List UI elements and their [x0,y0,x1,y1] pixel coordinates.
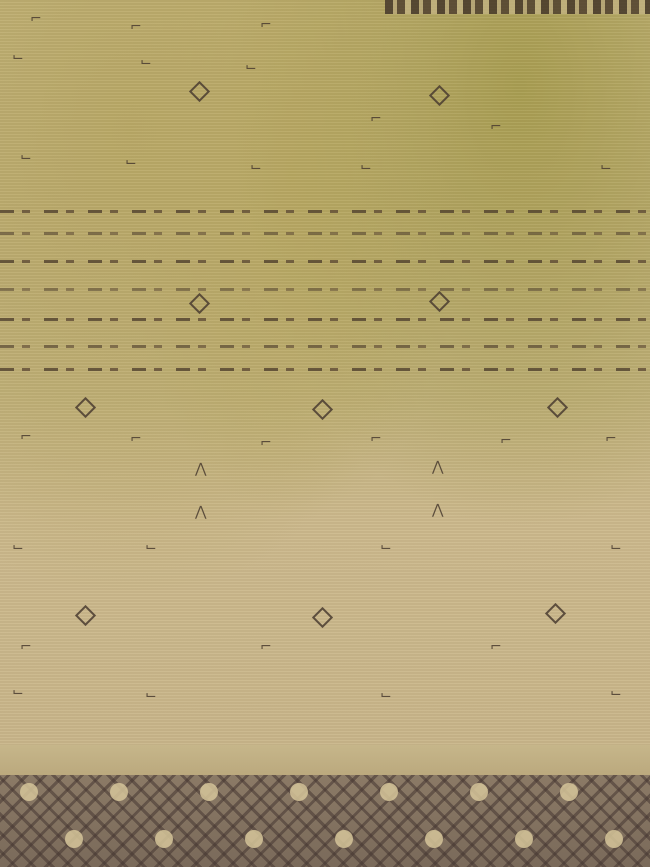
bottom-border [0,775,650,867]
inner-guard-stripe [0,745,650,775]
band-line [0,260,650,263]
diamond-motif [75,605,96,626]
diamond-motif [189,81,210,102]
diamond-motif [312,399,333,420]
diamond-motif [545,603,566,624]
rosette [200,783,218,801]
rosette [380,783,398,801]
rosette [290,783,308,801]
hook-motif: ⌙ [12,685,24,699]
rosette [110,783,128,801]
hook-motif: ⌙ [610,540,622,554]
hook-motif: ⌐ [500,434,512,448]
hook-motif: ⌙ [20,150,32,164]
diamond-motif [429,85,450,106]
rosette [335,830,353,848]
rosette [470,783,488,801]
hook-motif: ⌙ [245,60,257,74]
hook-motif: ⌐ [260,436,272,450]
band-line [0,318,650,321]
band-line [0,345,650,348]
hook-motif: ⌐ [490,640,502,654]
band-line [0,232,650,235]
top-border-fragment [385,0,650,14]
hook-motif: ⌐ [370,112,382,126]
hook-motif: ⌐ [260,18,272,32]
hook-motif: ⌙ [145,688,157,702]
chevron-motif: ⋀ [195,462,206,476]
hook-motif: ⌐ [490,120,502,134]
diamond-motif [429,291,450,312]
rosette [425,830,443,848]
chevron-motif: ⋀ [432,460,443,474]
diamond-motif [75,397,96,418]
hook-motif: ⌙ [610,686,622,700]
rosette [515,830,533,848]
rosette [245,830,263,848]
chevron-motif: ⋀ [432,503,443,517]
hook-motif: ⌙ [250,160,262,174]
hook-motif: ⌙ [125,155,137,169]
band-line [0,288,650,291]
hook-motif: ⌐ [20,640,32,654]
rosette [155,830,173,848]
hook-motif: ⌐ [130,432,142,446]
chevron-motif: ⋀ [195,505,206,519]
rosette [20,783,38,801]
hook-motif: ⌙ [380,540,392,554]
hook-motif: ⌐ [605,432,617,446]
diamond-motif [312,607,333,628]
diamond-motif [547,397,568,418]
hook-motif: ⌙ [140,55,152,69]
hook-motif: ⌙ [600,160,612,174]
rug-photo: ⌐ ⌐ ⌐ ⌙ ⌙ ⌙ ⌐ ⌐ ⌙ ⌙ ⌙ ⌙ ⌙ ⌐ ⌐ ⌐ ⌐ ⌐ ⌐ ⋀ … [0,0,650,867]
hook-motif: ⌐ [130,20,142,34]
band-line [0,210,650,213]
hook-motif: ⌙ [12,540,24,554]
rosette [65,830,83,848]
hook-motif: ⌐ [260,640,272,654]
diamond-motif [189,293,210,314]
rosette [560,783,578,801]
hook-motif: ⌙ [12,50,24,64]
hook-motif: ⌙ [145,540,157,554]
band-line [0,368,650,371]
hook-motif: ⌙ [380,688,392,702]
hook-motif: ⌐ [30,12,42,26]
hook-motif: ⌐ [370,432,382,446]
rosette [605,830,623,848]
hook-motif: ⌐ [20,430,32,444]
hook-motif: ⌙ [360,160,372,174]
